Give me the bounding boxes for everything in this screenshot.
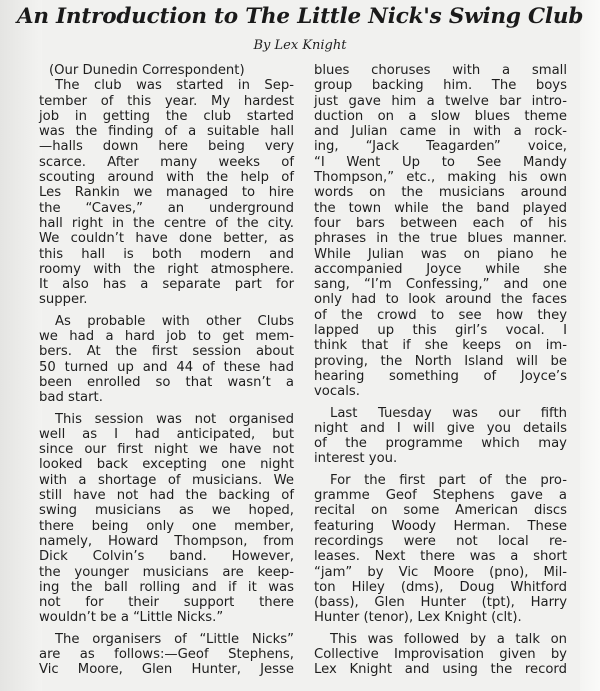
text-line: ton Hiley (dms), Doug Whitford xyxy=(314,580,567,595)
text-line: Collective Improvisation given by xyxy=(314,647,567,662)
text-line: recital on some American discs xyxy=(314,503,567,518)
text-line: While Julian was on piano he xyxy=(314,247,567,262)
left-column: (Our Dunedin Correspondent) The club was… xyxy=(39,63,294,684)
text-line: —halls down here being very xyxy=(39,139,294,154)
text-line: namely, Howard Thompson, from xyxy=(39,534,294,549)
text-line: supper. xyxy=(39,292,294,307)
text-line: was the finding of a suitable hall xyxy=(39,124,294,139)
text-line: wouldn’t be a “Little Nicks.” xyxy=(39,610,294,625)
right-column: blues choruses with a smallgroup backing… xyxy=(314,63,567,684)
text-line: vocals. xyxy=(314,384,567,399)
text-line: just gave him a twelve bar intro- xyxy=(314,94,567,109)
text-line: recordings were not local re- xyxy=(314,534,567,549)
text-line: bad start. xyxy=(39,390,294,405)
text-line: leases. Next there was a short xyxy=(314,549,567,564)
text-line: looked back excepting one night xyxy=(39,457,294,472)
text-line: We couldn’t have done better, as xyxy=(39,231,294,246)
text-line: accompanied Joyce while she xyxy=(314,262,567,277)
text-line: and Julian came in with a rock- xyxy=(314,124,567,139)
text-line: sang, “I’m Confessing,” and one xyxy=(314,277,567,292)
text-line: featuring Woody Herman. These xyxy=(314,519,567,534)
text-line: lapped up this girl’s vocal. I xyxy=(314,323,567,338)
right-column-body: blues choruses with a smallgroup backing… xyxy=(314,63,567,678)
text-line: As probable with other Clubs xyxy=(39,314,294,329)
article-paragraph: blues choruses with a smallgroup backing… xyxy=(314,63,567,400)
text-line: been enrolled so that wasn’t a xyxy=(39,375,294,390)
text-line: It also has a separate part for xyxy=(39,277,294,292)
text-line: ing, “Jack Teagarden” voice, xyxy=(314,139,567,154)
text-line: interest you. xyxy=(314,451,567,466)
text-line: This was followed by a talk on xyxy=(314,632,567,647)
text-line: duction on a slow blues theme xyxy=(314,109,567,124)
text-line: of the crowd to see how they xyxy=(314,308,567,323)
text-line: are as follows:—Geof Stephens, xyxy=(39,647,294,662)
text-line: Lex Knight and using the record xyxy=(314,662,567,677)
article-paragraph: The club was started in Sep-tember of th… xyxy=(39,78,294,307)
text-line: the “Caves,” an underground xyxy=(39,201,294,216)
article-paragraph: As probable with other Clubswe had a har… xyxy=(39,314,294,406)
text-line: roomy with the right atmosphere. xyxy=(39,262,294,277)
page-edge-shadow xyxy=(0,0,42,691)
text-line: well as I had anticipated, but xyxy=(39,427,294,442)
text-line: this hall is both modern and xyxy=(39,247,294,262)
text-line: only had to look around the faces xyxy=(314,292,567,307)
text-line: the younger musicians are keep- xyxy=(39,565,294,580)
text-line: Thompson,” etc., making his own xyxy=(314,170,567,185)
text-line: “jam” by Vic Moore (pno), Mil- xyxy=(314,565,567,580)
text-line: the town while the band played xyxy=(314,201,567,216)
text-line: since our first night we have not xyxy=(39,442,294,457)
text-line: 50 turned up and 44 of these had xyxy=(39,360,294,375)
text-line: The club was started in Sep- xyxy=(39,78,294,93)
text-line: swing musicians as we hoped, xyxy=(39,503,294,518)
article-paragraph: For the first part of the pro-gramme Geo… xyxy=(314,473,567,626)
text-line: we had a hard job to get mem- xyxy=(39,329,294,344)
text-line: Les Rankin we managed to hire xyxy=(39,185,294,200)
article-title: An Introduction to The Little Nick's Swi… xyxy=(0,4,600,29)
text-line: bers. At the first session about xyxy=(39,344,294,359)
text-line: with a shortage of musicians. We xyxy=(39,473,294,488)
text-line: words on the musicians around xyxy=(314,185,567,200)
text-line: (bass), Glen Hunter (tpt), Harry xyxy=(314,595,567,610)
text-line: night and I will give you details xyxy=(314,421,567,436)
text-line: four bars between each of his xyxy=(314,216,567,231)
text-line: scouting around with the help of xyxy=(39,170,294,185)
text-line: scarce. After many weeks of xyxy=(39,155,294,170)
text-line: of the programme which may xyxy=(314,436,567,451)
left-column-body: The club was started in Sep-tember of th… xyxy=(39,78,294,677)
text-line: group backing him. The boys xyxy=(314,78,567,93)
article-paragraph: This session was not organisedwell as I … xyxy=(39,412,294,626)
text-line: job in getting the club started xyxy=(39,109,294,124)
text-line: ing the ball rolling and if it was xyxy=(39,580,294,595)
text-line: hearing something of Joyce’s xyxy=(314,369,567,384)
text-line: gramme Geof Stephens gave a xyxy=(314,488,567,503)
text-line: blues choruses with a small xyxy=(314,63,567,78)
text-line: still have not had the backing of xyxy=(39,488,294,503)
page-right-margin xyxy=(580,0,600,691)
text-line: Hunter (tenor), Lex Knight (clt). xyxy=(314,610,567,625)
text-line: Dick Colvin’s band. However, xyxy=(39,549,294,564)
text-line: think that if she keeps on im- xyxy=(314,338,567,353)
text-line: hall right in the centre of the city. xyxy=(39,216,294,231)
text-line: Last Tuesday was our fifth xyxy=(314,406,567,421)
text-line: This session was not organised xyxy=(39,412,294,427)
text-line: “I Went Up to See Mandy xyxy=(314,155,567,170)
article-byline: By Lex Knight xyxy=(0,38,600,53)
dateline: (Our Dunedin Correspondent) xyxy=(39,63,294,78)
text-line: For the first part of the pro- xyxy=(314,473,567,488)
text-line: Vic Moore, Glen Hunter, Jesse xyxy=(39,662,294,677)
text-line: The organisers of “Little Nicks” xyxy=(39,632,294,647)
article-paragraph: Last Tuesday was our fifthnight and I wi… xyxy=(314,406,567,467)
text-line: tember of this year. My hardest xyxy=(39,94,294,109)
text-line: there being only one member, xyxy=(39,519,294,534)
article-paragraph: This was followed by a talk onCollective… xyxy=(314,632,567,678)
article-paragraph: The organisers of “Little Nicks”are as f… xyxy=(39,632,294,678)
text-line: phrases in the true blues manner. xyxy=(314,231,567,246)
text-line: proving, the North Island will be xyxy=(314,354,567,369)
text-line: not for their support there xyxy=(39,595,294,610)
